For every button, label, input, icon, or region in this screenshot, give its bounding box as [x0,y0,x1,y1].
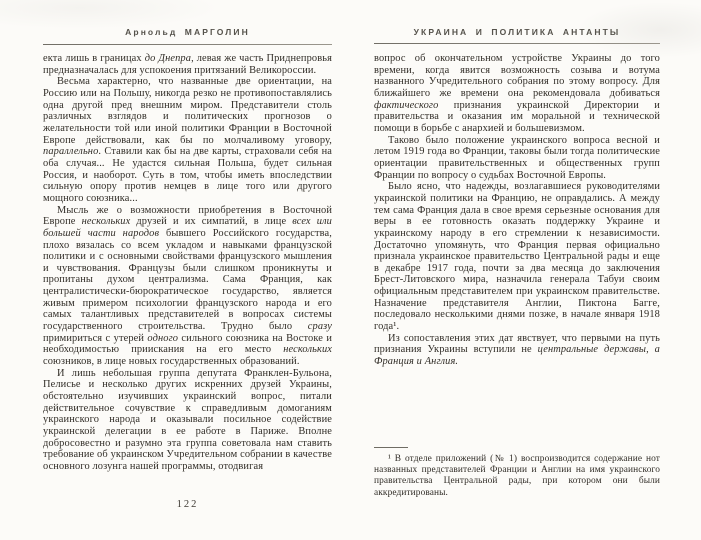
running-head-author: Арнольд МАРГОЛИН [43,27,332,37]
page-number: 122 [43,499,332,510]
paragraph: И лишь небольшая группа депутата Франкле… [43,368,332,473]
footnote-text: ¹ В отделе приложений (№ 1) воспроизводи… [374,454,660,499]
paragraph: Было ясно, что надежды, возлагавшиеся ру… [374,181,660,333]
book-spread: Арнольд МАРГОЛИН екта лишь в границах до… [0,0,701,540]
footnote-separator [374,447,408,448]
header-rule [43,44,332,45]
body-text-left: екта лишь в границах до Днепра, левая же… [43,53,332,473]
paragraph: Весьма характерно, что названные две ори… [43,76,332,204]
paragraph: екта лишь в границах до Днепра, левая же… [43,53,332,76]
paragraph: Мысль же о возможности приобретения в Во… [43,205,332,368]
footnote: ¹ В отделе приложений (№ 1) воспроизводи… [374,447,660,499]
page-right: УКРАИНА И ПОЛИТИКА АНТАНТЫ вопрос об око… [374,0,660,540]
page-left: Арнольд МАРГОЛИН екта лишь в границах до… [43,0,332,540]
header-rule [374,43,660,44]
paragraph: ¹ В отделе приложений (№ 1) воспроизводи… [374,454,660,499]
paragraph: вопрос об окончательном устройстве Украи… [374,53,660,135]
body-text-right: вопрос об окончательном устройстве Украи… [374,53,660,368]
paragraph: Таково было положение украинского вопрос… [374,135,660,182]
running-head-title: УКРАИНА И ПОЛИТИКА АНТАНТЫ [374,27,660,37]
paragraph: Из сопоставления этих дат явствует, что … [374,333,660,368]
